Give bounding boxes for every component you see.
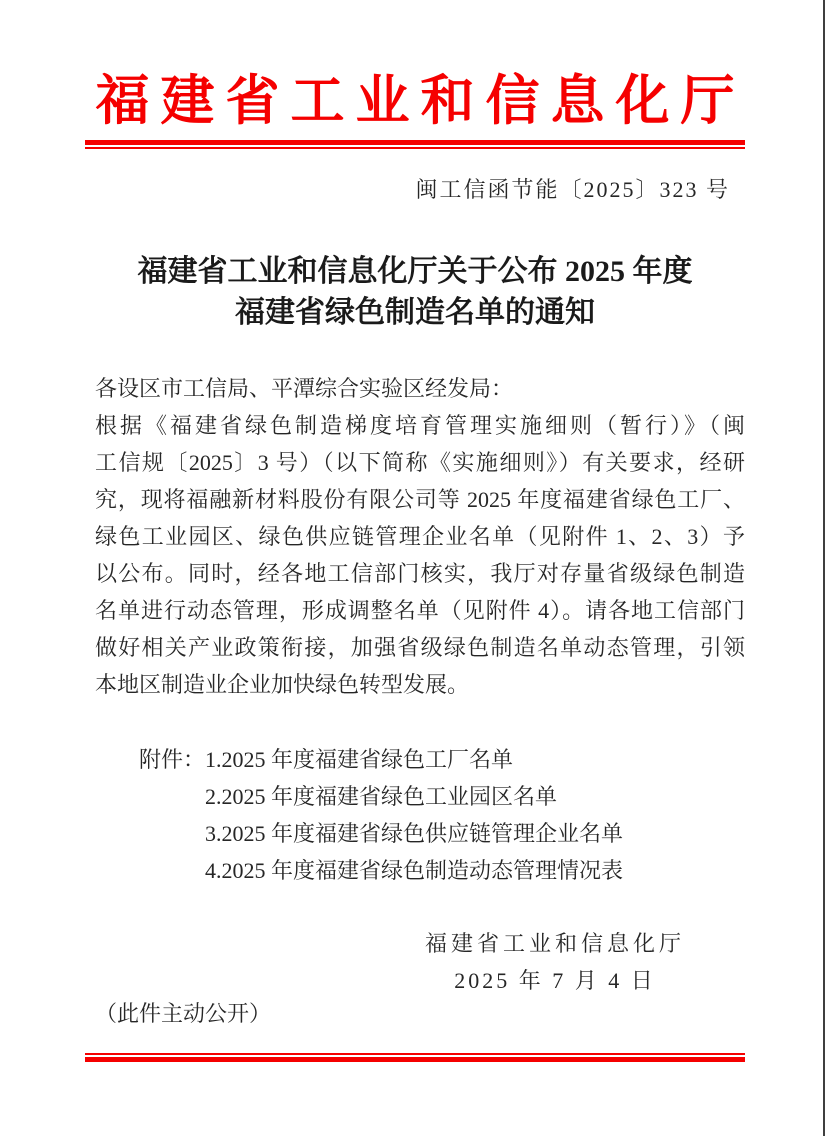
salutation-line: 各设区市工信局、平潭综合实验区经发局： — [95, 370, 745, 407]
paragraph-line: 工信规〔2025〕3 号）（以下简称《实施细则》）有关要求，经研 — [95, 444, 745, 481]
attachments-label: 附件： — [139, 741, 205, 778]
masthead-divider — [85, 140, 745, 149]
attachment-item: 3.2025 年度福建省绿色供应链管理企业名单 — [205, 815, 745, 852]
paragraph-line: 究，现将福融新材料股份有限公司等 2025 年度福建省绿色工厂、 — [95, 481, 745, 518]
document-title: 福建省工业和信息化厅关于公布 2025 年度 福建省绿色制造名单的通知 — [0, 251, 830, 333]
paragraph-line: 根据《福建省绿色制造梯度培育管理实施细则（暂行）》（闽 — [95, 407, 745, 444]
signature-agency: 福建省工业和信息化厅 — [425, 925, 685, 962]
scan-edge-line — [823, 0, 825, 1136]
document-body: 各设区市工信局、平潭综合实验区经发局： 根据《福建省绿色制造梯度培育管理实施细则… — [95, 370, 745, 1029]
official-document-page: 福建省工业和信息化厅 闽工信函节能〔2025〕323 号 福建省工业和信息化厅关… — [0, 0, 830, 1136]
attachment-item: 2.2025 年度福建省绿色工业园区名单 — [205, 778, 745, 815]
footer-divider — [85, 1053, 745, 1062]
document-title-line2: 福建省绿色制造名单的通知 — [0, 292, 830, 333]
agency-masthead: 福建省工业和信息化厅 — [0, 70, 830, 132]
paragraph-line: 名单进行动态管理，形成调整名单（见附件 4）。请各地工信部门 — [95, 592, 745, 629]
footer-divider-thick-bar — [85, 1057, 745, 1062]
document-reference-number: 闽工信函节能〔2025〕323 号 — [0, 177, 730, 203]
document-title-line1: 福建省工业和信息化厅关于公布 2025 年度 — [0, 251, 830, 292]
paragraph-line: 以公布。同时，经各地工信部门核实，我厅对存量省级绿色制造 — [95, 555, 745, 592]
attachments-list: 1.2025 年度福建省绿色工厂名单 2.2025 年度福建省绿色工业园区名单 … — [205, 741, 745, 889]
paragraph-line: 绿色工业园区、绿色供应链管理企业名单（见附件 1、2、3）予 — [95, 518, 745, 555]
paragraph-line: 本地区制造业企业加快绿色转型发展。 — [95, 666, 745, 703]
public-disclosure-note: （此件主动公开） — [95, 999, 745, 1029]
attachment-item: 1.2025 年度福建省绿色工厂名单 — [205, 741, 745, 778]
signature-block: 福建省工业和信息化厅 2025 年 7 月 4 日 — [425, 925, 685, 999]
divider-thin-bar — [85, 147, 745, 149]
attachment-item: 4.2025 年度福建省绿色制造动态管理情况表 — [205, 852, 745, 889]
attachments-block: 附件： 1.2025 年度福建省绿色工厂名单 2.2025 年度福建省绿色工业园… — [95, 741, 745, 889]
main-paragraph: 根据《福建省绿色制造梯度培育管理实施细则（暂行）》（闽 工信规〔2025〕3 号… — [95, 407, 745, 703]
paragraph-line: 做好相关产业政策衔接，加强省级绿色制造名单动态管理，引领 — [95, 629, 745, 666]
signature-date: 2025 年 7 月 4 日 — [454, 962, 656, 999]
